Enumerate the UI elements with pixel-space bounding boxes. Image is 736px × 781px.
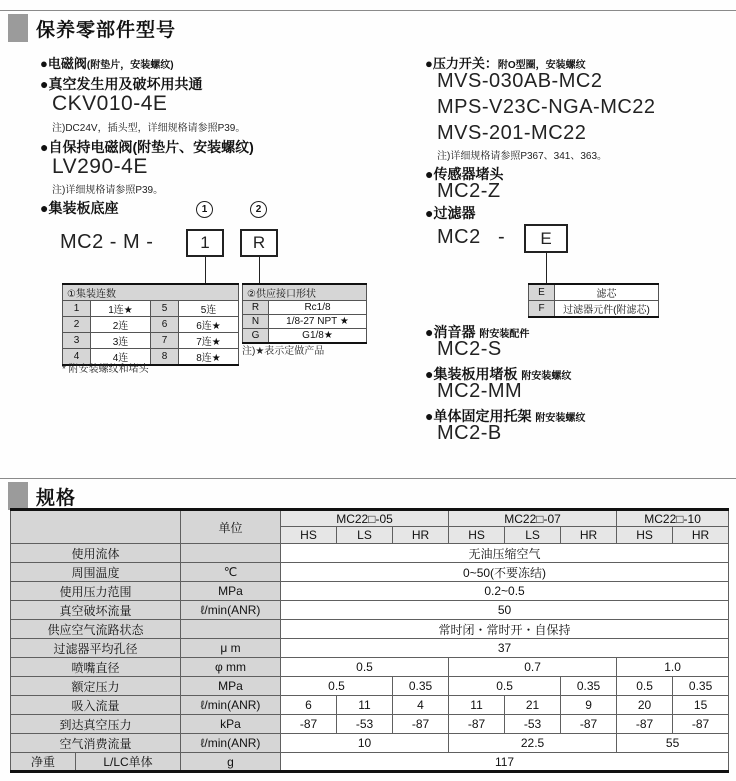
- value-cell: 0.5: [617, 677, 673, 696]
- connector-line-filter: [546, 253, 547, 283]
- station-code: 6: [151, 317, 179, 333]
- value-cell: 6: [281, 696, 337, 715]
- value-cell: 0~50(不要冻结): [281, 563, 729, 582]
- unit-cell: ℓ/min(ANR): [181, 601, 281, 620]
- stations-footnote: * 附安装螺纹和堵头: [62, 360, 149, 375]
- type-header: HS: [281, 527, 337, 544]
- station-code: 7: [151, 333, 179, 349]
- model-header: MC22□-10: [617, 510, 729, 527]
- value-cell: -87: [281, 715, 337, 734]
- heading-solenoid-main: ●电磁阀: [40, 56, 87, 71]
- value-cell: -87: [449, 715, 505, 734]
- spec-row-supply-state: 供应空气流路状态 常时闭・常时开・自保持: [11, 620, 729, 639]
- model-header: MC22□-07: [449, 510, 617, 527]
- row-label: 供应空气流路状态: [11, 620, 181, 639]
- part-number-mc2s: MC2-S: [437, 338, 502, 361]
- filter-table: E 滤芯 F 过滤器元件(附滤芯): [528, 283, 659, 318]
- row-label: 额定压力: [11, 677, 181, 696]
- section2-marker: [8, 482, 28, 510]
- value-cell: 117: [281, 753, 729, 772]
- unit-cell: ℓ/min(ANR): [181, 734, 281, 753]
- part-number-mc2mm: MC2-MM: [437, 380, 522, 403]
- part-number-mc2b: MC2-B: [437, 422, 502, 445]
- spec-table: 单位 MC22□-05 MC22□-07 MC22□-10 HS LS HR H…: [10, 508, 729, 773]
- part-number-mc2z: MC2-Z: [437, 180, 501, 203]
- connector-line-stations: [205, 257, 206, 283]
- value-cell: 9: [561, 696, 617, 715]
- filter-code: E: [529, 284, 555, 301]
- spec-row-weight: 净重 L/LC单体 g 117: [11, 753, 729, 772]
- section1-marker: [8, 14, 28, 42]
- port-value: Rc1/8: [269, 301, 367, 315]
- note-lv290: 注)详细规格请参照P39。: [52, 181, 163, 196]
- heading-solenoid-valve: ●电磁阀(附垫片，安装螺纹): [40, 53, 174, 72]
- stations-table: ①集装连数 1 1连★ 5 5连 2 2连 6 6连★ 3 3连 7 7连★ 4…: [62, 283, 239, 366]
- note-pressure-switch: 注)详细规格请参照P367、341、363。: [437, 147, 607, 162]
- unit-cell: φ mm: [181, 658, 281, 677]
- model-box-filter: E: [524, 224, 568, 253]
- value-cell: 1.0: [617, 658, 729, 677]
- row-label-weight-type: L/LC单体: [76, 753, 181, 772]
- heading-pressure-switch-main: ●压力开关：: [425, 56, 498, 71]
- value-cell: 0.35: [561, 677, 617, 696]
- part-number-mpsv23c: MPS-V23C-NGA-MC22: [437, 96, 656, 119]
- row-label: 吸入流量: [11, 696, 181, 715]
- value-cell: 0.2~0.5: [281, 582, 729, 601]
- row-label: 到达真空压力: [11, 715, 181, 734]
- heading-vacuum-common: ●真空发生用及破坏用共通: [40, 74, 202, 94]
- value-cell: -87: [673, 715, 729, 734]
- model-box-port: R: [240, 229, 278, 257]
- value-cell: 0.35: [393, 677, 449, 696]
- connector-line-port: [259, 257, 260, 283]
- model-box-stations: 1: [186, 229, 224, 257]
- station-code: 8: [151, 349, 179, 366]
- heading-blank-plate-sub: 附安装螺纹: [521, 371, 571, 382]
- part-number-mvs030: MVS-030AB-MC2: [437, 70, 602, 93]
- value-cell: 0.35: [673, 677, 729, 696]
- station-code: 3: [63, 333, 91, 349]
- part-number-mvs201: MVS-201-MC22: [437, 122, 586, 145]
- heading-solenoid-sub: (附垫片，安装螺纹): [87, 60, 174, 71]
- stations-table-title: ①集装连数: [63, 284, 239, 301]
- section2-rule: [0, 478, 736, 479]
- spec-row-nozzle-diameter: 喷嘴直径 φ mm 0.5 0.7 1.0: [11, 658, 729, 677]
- unit-cell: MPa: [181, 677, 281, 696]
- table-row: 2 2连 6 6连★: [63, 317, 239, 333]
- unit-column-header: 单位: [181, 510, 281, 544]
- station-value: 1连★: [91, 301, 151, 317]
- table-row: R Rc1/8: [243, 301, 367, 315]
- value-cell: -53: [505, 715, 561, 734]
- part-number-ckv010: CKV010-4E: [52, 92, 167, 116]
- port-value: G1/8★: [269, 329, 367, 343]
- row-label: 空气消费流量: [11, 734, 181, 753]
- spec-row-temperature: 周围温度 ℃ 0~50(不要冻结): [11, 563, 729, 582]
- station-code: 5: [151, 301, 179, 317]
- value-cell: 无油压缩空气: [281, 544, 729, 563]
- unit-cell: kPa: [181, 715, 281, 734]
- type-header: HS: [449, 527, 505, 544]
- spec-row-break-flow: 真空破坏流量 ℓ/min(ANR) 50: [11, 601, 729, 620]
- unit-cell: MPa: [181, 582, 281, 601]
- station-value: 7连★: [179, 333, 239, 349]
- filter-value: 滤芯: [555, 284, 659, 301]
- unit-cell: g: [181, 753, 281, 772]
- type-header: LS: [337, 527, 393, 544]
- table-row: 1 1连★ 5 5连: [63, 301, 239, 317]
- value-cell: 4: [393, 696, 449, 715]
- value-cell: 11: [337, 696, 393, 715]
- station-code: 1: [63, 301, 91, 317]
- port-code: R: [243, 301, 269, 315]
- filter-value: 过滤器元件(附滤芯): [555, 301, 659, 318]
- filter-model-dash: -: [498, 226, 505, 249]
- value-cell: 22.5: [449, 734, 617, 753]
- value-cell: 15: [673, 696, 729, 715]
- table-row: G G1/8★: [243, 329, 367, 343]
- type-header: HR: [673, 527, 729, 544]
- unit-cell: [181, 620, 281, 639]
- row-label-weight: 净重: [11, 753, 76, 772]
- model-prefix-mc2m: MC2 - M -: [60, 231, 153, 254]
- unit-cell: ℃: [181, 563, 281, 582]
- heading-manifold-base: ●集装板底座: [40, 198, 118, 218]
- row-label: 喷嘴直径: [11, 658, 181, 677]
- station-value: 6连★: [179, 317, 239, 333]
- value-cell: -87: [617, 715, 673, 734]
- unit-cell: μ m: [181, 639, 281, 658]
- heading-filter: ●过滤器: [425, 203, 475, 223]
- row-label: 周围温度: [11, 563, 181, 582]
- value-cell: 0.5: [281, 677, 393, 696]
- filter-code: F: [529, 301, 555, 318]
- type-header: HR: [393, 527, 449, 544]
- value-cell: 55: [617, 734, 729, 753]
- value-cell: 21: [505, 696, 561, 715]
- spec-row-filter-pore: 过滤器平均孔径 μ m 37: [11, 639, 729, 658]
- spec-row-ultimate-vacuum: 到达真空压力 kPa -87 -53 -87 -87 -53 -87 -87 -…: [11, 715, 729, 734]
- station-value: 3连: [91, 333, 151, 349]
- type-header: LS: [505, 527, 561, 544]
- spec-header-row-models: 单位 MC22□-05 MC22□-07 MC22□-10: [11, 510, 729, 527]
- row-label: 真空破坏流量: [11, 601, 181, 620]
- model-header: MC22□-05: [281, 510, 449, 527]
- table-row: 3 3连 7 7连★: [63, 333, 239, 349]
- table-row: F 过滤器元件(附滤芯): [529, 301, 659, 318]
- port-code: G: [243, 329, 269, 343]
- value-cell: 常时闭・常时开・自保持: [281, 620, 729, 639]
- value-cell: 50: [281, 601, 729, 620]
- section1-title: 保养零部件型号: [36, 15, 176, 42]
- unit-cell: [181, 544, 281, 563]
- table-row: E 滤芯: [529, 284, 659, 301]
- station-value: 2连: [91, 317, 151, 333]
- heading-bracket-sub: 附安装螺纹: [535, 413, 585, 424]
- top-rule: [0, 10, 736, 11]
- note-ckv010: 注)DC24V，插头型，详细规格请参照P39。: [52, 119, 245, 134]
- station-value: 5连: [179, 301, 239, 317]
- value-cell: 0.5: [281, 658, 449, 677]
- circled-1-marker: 1: [196, 201, 213, 218]
- spec-row-fluid: 使用流体 无油压缩空气: [11, 544, 729, 563]
- row-label: 使用压力范围: [11, 582, 181, 601]
- station-code: 2: [63, 317, 91, 333]
- type-header: HR: [561, 527, 617, 544]
- port-code: N: [243, 315, 269, 329]
- spec-row-rated-pressure: 额定压力 MPa 0.5 0.35 0.5 0.35 0.5 0.35: [11, 677, 729, 696]
- port-value: 1/8-27 NPT ★: [269, 315, 367, 329]
- value-cell: -87: [393, 715, 449, 734]
- port-table: ②供应接口形状 R Rc1/8 N 1/8-27 NPT ★ G G1/8★: [242, 283, 367, 344]
- port-table-note: 注)★表示定做产品: [242, 342, 324, 357]
- circled-2-marker: 2: [250, 201, 267, 218]
- value-cell: 0.7: [449, 658, 617, 677]
- spec-row-pressure-range: 使用压力范围 MPa 0.2~0.5: [11, 582, 729, 601]
- unit-cell: ℓ/min(ANR): [181, 696, 281, 715]
- value-cell: 10: [281, 734, 449, 753]
- row-label: 使用流体: [11, 544, 181, 563]
- table-row: N 1/8-27 NPT ★: [243, 315, 367, 329]
- value-cell: -53: [337, 715, 393, 734]
- station-value: 8连★: [179, 349, 239, 366]
- type-header: HS: [617, 527, 673, 544]
- row-label: 过滤器平均孔径: [11, 639, 181, 658]
- heading-latching-valve: ●自保持电磁阀(附垫片、安装螺纹): [40, 137, 254, 157]
- spec-row-suction-flow: 吸入流量 ℓ/min(ANR) 6 11 4 11 21 9 20 15: [11, 696, 729, 715]
- spec-corner-cell: [11, 510, 181, 544]
- value-cell: -87: [561, 715, 617, 734]
- spec-row-air-consumption: 空气消费流量 ℓ/min(ANR) 10 22.5 55: [11, 734, 729, 753]
- catalog-page: 保养零部件型号 ●电磁阀(附垫片，安装螺纹) ●真空发生用及破坏用共通 CKV0…: [0, 0, 736, 781]
- value-cell: 37: [281, 639, 729, 658]
- filter-model-prefix: MC2: [437, 226, 481, 249]
- value-cell: 20: [617, 696, 673, 715]
- section2-title: 规格: [36, 483, 76, 510]
- value-cell: 0.5: [449, 677, 561, 696]
- value-cell: 11: [449, 696, 505, 715]
- port-table-title: ②供应接口形状: [243, 284, 367, 301]
- part-number-lv290: LV290-4E: [52, 155, 148, 179]
